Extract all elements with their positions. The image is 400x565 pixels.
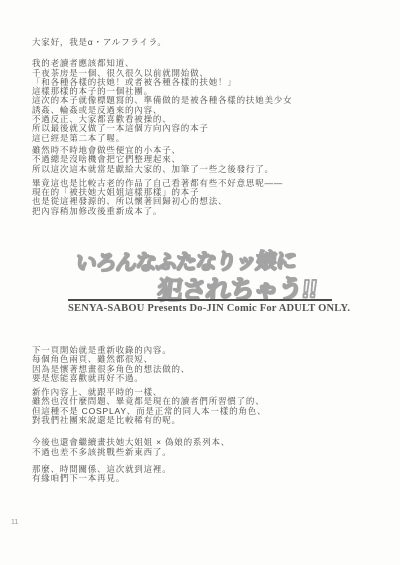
text-line: 有緣咱們下一本再見。 — [32, 474, 382, 483]
paragraph-recollect: 下一頁開始就是重新收錄的內容。 每個角色兩頁、雖然都很短、 因為是懷著想畫很多角… — [32, 346, 382, 383]
paragraph-future: 今後也還會繼續畫扶她大姐姐 × 偽娘的系列本、 不過也差不多該挑戰些新東西了。 — [32, 438, 382, 457]
greeting-line: 大家好，我是α・アルフライラ。 — [32, 38, 382, 47]
text-line: 這已經是第二本了喔。 — [32, 134, 382, 143]
afterword-bottom-section: 下一頁開始就是重新收錄的內容。 每個角色兩頁、雖然都很短、 因為是懷著想畫很多角… — [32, 346, 382, 489]
doujin-afterword-page: 大家好，我是α・アルフライラ。 我的老讀者應該都知道、 千夜茶房是一個、很久很久… — [0, 0, 400, 565]
afterword-top-section: 大家好，我是α・アルフライラ。 我的老讀者應該都知道、 千夜茶房是一個、很久很久… — [32, 38, 382, 221]
text-line: 要是您能喜歡就再好不過。 — [32, 374, 382, 383]
paragraph-reprint: 雖然時不時地會做些便宜的小本子、 不過總是沒啥機會把它們整理起來、 所以這次這本… — [32, 146, 382, 174]
title-divider-rule — [68, 299, 332, 301]
text-line: 所以這次這本就當是獻給大家的、加筆了一些之後發行了。 — [32, 165, 382, 174]
paragraph-newwork: 新作內容上、就跟平時的一樣、 雖然也沒什麼問題、畢竟都是現在的讀者們所習慣了的、… — [32, 388, 382, 425]
page-number: 11 — [11, 519, 18, 526]
paragraph-closing: 那麼、時間關係、這次就到這裡。 有緣咱們下一本再見。 — [32, 465, 382, 484]
text-line: 把內容稍加修改後重新成本了。 — [32, 207, 382, 216]
circle-credit-line: SENYA-SABOU Presents Do-JIN Comic For AD… — [68, 303, 332, 314]
paragraph-circle-intro: 我的老讀者應該都知道、 千夜茶房是一個、很久很久以前就開始做、 「和各種各樣的扶… — [32, 59, 382, 143]
text-line: 對我們社團來說還是比較稀有的呢。 — [32, 416, 382, 425]
paragraph-origin: 畢竟這也是比較古老的作品了自己看著都有些不好意思呢—— 現在的「被扶她大姐姐這樣… — [32, 179, 382, 216]
title-logo-line-2: 犯されちゃう!! — [156, 269, 319, 307]
text-line: 不過也差不多該挑戰些新東西了。 — [32, 448, 382, 457]
